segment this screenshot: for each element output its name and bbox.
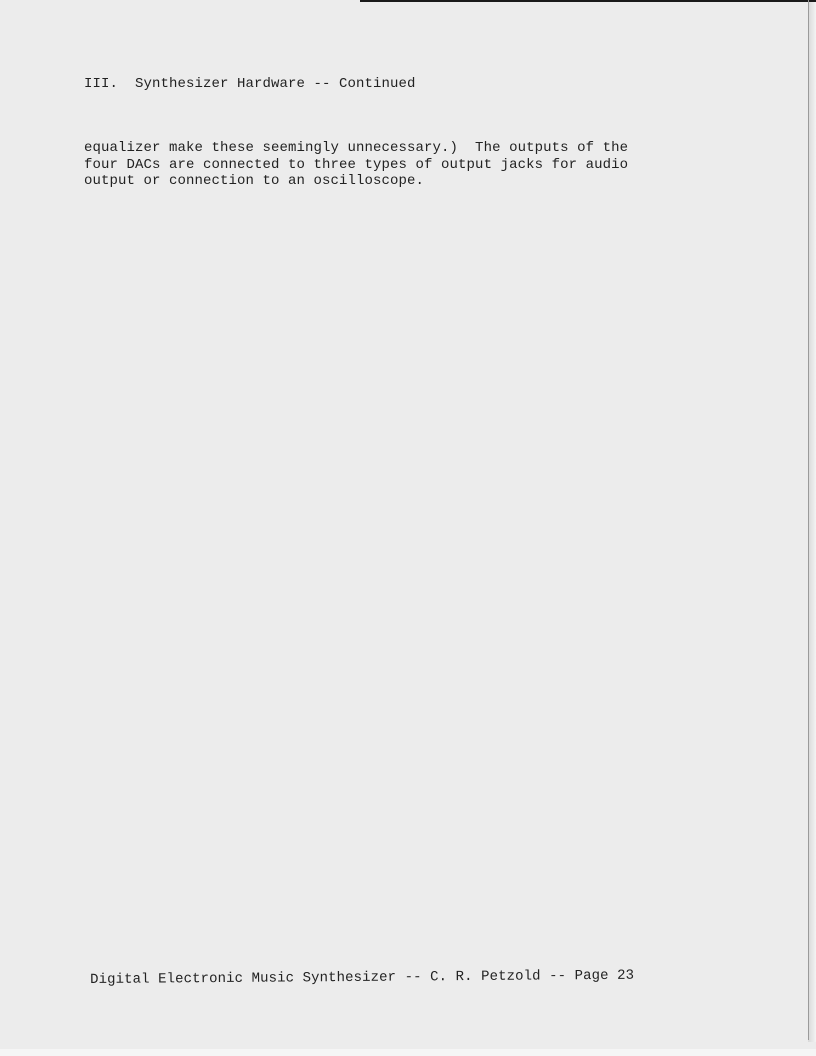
body-line: equalizer make these seemingly unnecessa… — [84, 140, 628, 157]
page-footer: Digital Electronic Music Synthesizer -- … — [90, 967, 634, 989]
body-line: output or connection to an oscilloscope. — [84, 173, 628, 190]
scan-right-edge-shadow — [808, 2, 816, 1042]
scan-top-edge — [360, 0, 816, 2]
body-paragraph: equalizer make these seemingly unnecessa… — [84, 140, 628, 190]
body-line: four DACs are connected to three types o… — [84, 157, 628, 174]
scan-bottom-edge — [0, 1049, 816, 1056]
document-page: III. Synthesizer Hardware -- Continued e… — [0, 0, 816, 1056]
scan-right-edge — [808, 0, 809, 1040]
section-heading: III. Synthesizer Hardware -- Continued — [84, 75, 416, 93]
